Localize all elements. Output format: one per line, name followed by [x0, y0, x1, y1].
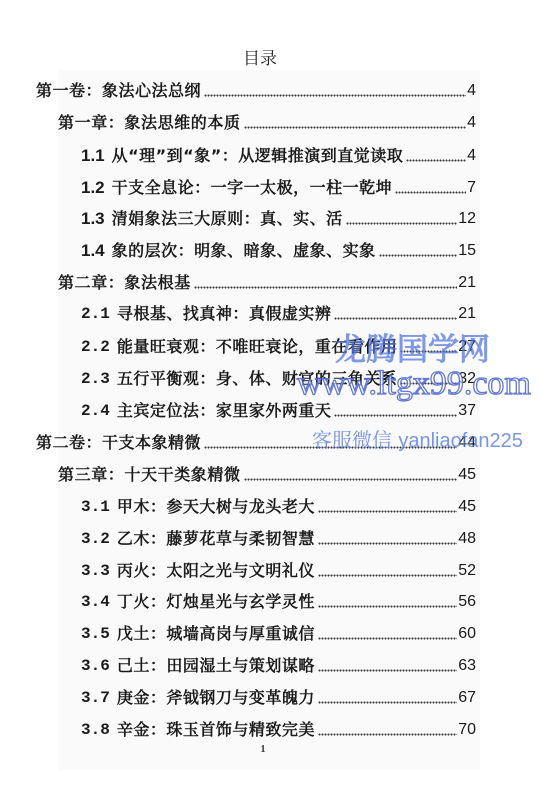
entry-title: 丙火：太阳之光与文明礼仪 [117, 560, 315, 582]
toc-entry-section: 3.6 己土：田园湿土与策划谋略 63 [81, 655, 476, 677]
entry-page-number: 48 [458, 528, 476, 550]
section-number: 3.3 [81, 560, 110, 582]
entry-title: 第二卷：干支本象精微 [36, 432, 201, 454]
dot-leader [244, 126, 466, 129]
entry-title: 从“理”到“象”：从逻辑推演到直觉读取 [112, 145, 404, 167]
entry-title: 清娟象法三大原则：真、实、活 [112, 208, 343, 230]
dot-leader [334, 317, 457, 320]
entry-title: 象的层次：明象、暗象、虚象、实象 [112, 240, 376, 262]
toc-entry-section: 2.1 寻根基、找真神：真假虚实辨 21 [81, 303, 476, 325]
entry-title: 第一卷：象法心法总纲 [36, 80, 201, 102]
section-number: 3.1 [81, 496, 110, 518]
entry-title: 第三章：十天干类象精微 [58, 464, 241, 486]
dot-leader [318, 637, 457, 640]
entry-title: 干支全息论：一字一太极，一柱一乾坤 [112, 177, 393, 199]
section-number: 1.2 [81, 177, 105, 199]
entry-title: 乙木：藤萝花草与柔韧智慧 [117, 528, 315, 550]
watermark-url: www.ltgx99.com [297, 364, 531, 404]
toc-entry-section: 3.4 丁火：灯烛星光与玄学灵性 56 [81, 591, 476, 613]
dot-leader [204, 94, 466, 97]
dot-leader [194, 286, 457, 289]
toc-entry-section: 3.3 丙火：太阳之光与文明礼仪 52 [81, 560, 476, 582]
entry-page-number: 4 [467, 80, 476, 102]
entry-page-number: 12 [458, 208, 476, 230]
dot-leader [318, 574, 457, 577]
toc-entry-section: 3.5 戊土：城墙高岗与厚重诚信 60 [81, 623, 476, 645]
toc-entry-section: 1.3 清娟象法三大原则：真、实、活 12 [81, 208, 476, 230]
section-number: 3.8 [81, 719, 110, 741]
toc-entry-chapter: 第一章：象法思维的本质 4 [58, 112, 476, 134]
entry-page-number: 63 [458, 655, 476, 677]
toc-entry-section: 1.2 干支全息论：一字一太极，一柱一乾坤 7 [81, 177, 476, 199]
entry-page-number: 45 [458, 496, 476, 518]
dot-leader [318, 605, 457, 608]
toc-entry-section: 1.4 象的层次：明象、暗象、虚象、实象 15 [81, 240, 476, 262]
entry-page-number: 67 [458, 687, 476, 709]
toc-entry-chapter: 第二章：象法根基 21 [58, 272, 476, 294]
section-number: 2.1 [81, 303, 110, 325]
dot-leader [395, 191, 466, 194]
toc-entry-volume: 第一卷：象法心法总纲 4 [36, 80, 476, 102]
entry-page-number: 7 [467, 177, 476, 199]
section-number: 2.2 [81, 336, 110, 358]
section-number: 2.4 [81, 400, 110, 422]
entry-page-number: 70 [458, 719, 476, 741]
entry-page-number: 21 [458, 303, 476, 325]
dot-leader [379, 254, 458, 257]
entry-title: 甲木：参天大树与龙头老大 [117, 496, 315, 518]
section-number: 3.2 [81, 528, 110, 550]
entry-title: 辛金：珠玉首饰与精致完美 [117, 719, 315, 741]
dot-leader [406, 159, 466, 162]
section-number: 3.6 [81, 655, 110, 677]
entry-title: 第一章：象法思维的本质 [58, 112, 241, 134]
toc-entry-section: 3.2 乙木：藤萝花草与柔韧智慧 48 [81, 528, 476, 550]
watermark-contact: 客服微信 yanliaofan225 [312, 427, 523, 454]
dot-leader [318, 542, 457, 545]
watermark-contact-id: yanliaofan225 [398, 430, 523, 452]
section-number: 1.3 [81, 208, 105, 230]
entry-title: 丁火：灯烛星光与玄学灵性 [117, 591, 315, 613]
toc-entry-section: 3.8 辛金：珠玉首饰与精致完美 70 [81, 719, 476, 741]
entry-page-number: 21 [458, 272, 476, 294]
dot-leader [244, 478, 458, 481]
entry-title: 戊土：城墙高岗与厚重诚信 [117, 623, 315, 645]
toc-entry-section: 3.1 甲木：参天大树与龙头老大 45 [81, 496, 476, 518]
section-number: 3.4 [81, 591, 110, 613]
entry-page-number: 4 [467, 145, 476, 167]
entry-title: 己土：田园湿土与策划谋略 [117, 655, 315, 677]
section-number: 3.7 [81, 687, 110, 709]
entry-page-number: 60 [458, 623, 476, 645]
dot-leader [346, 222, 458, 225]
entry-page-number: 15 [458, 240, 476, 262]
entry-page-number: 56 [458, 591, 476, 613]
section-number: 1.1 [81, 145, 105, 167]
toc-entry-section: 3.7 庚金：斧钺钢刀与变革魄力 67 [81, 687, 476, 709]
section-number: 3.5 [81, 623, 110, 645]
toc-entry-section: 1.1 从“理”到“象”：从逻辑推演到直觉读取 4 [81, 145, 476, 167]
toc-heading: 目录 [160, 48, 360, 70]
section-number: 2.3 [81, 368, 110, 390]
dot-leader [318, 733, 457, 736]
entry-title: 寻根基、找真神：真假虚实辨 [117, 303, 332, 325]
watermark-contact-label: 客服微信 [312, 428, 392, 452]
dot-leader [334, 414, 457, 417]
entry-page-number: 45 [458, 464, 476, 486]
entry-page-number: 4 [467, 112, 476, 134]
toc-entry-chapter: 第三章：十天干类象精微 45 [58, 464, 476, 486]
dot-leader [318, 669, 457, 672]
entry-title: 第二章：象法根基 [58, 272, 191, 294]
entry-page-number: 52 [458, 560, 476, 582]
section-number: 1.4 [81, 240, 105, 262]
dot-leader [318, 510, 457, 513]
dot-leader [318, 701, 457, 704]
entry-title: 庚金：斧钺钢刀与变革魄力 [117, 687, 315, 709]
footer-page-number: 1 [253, 744, 273, 755]
